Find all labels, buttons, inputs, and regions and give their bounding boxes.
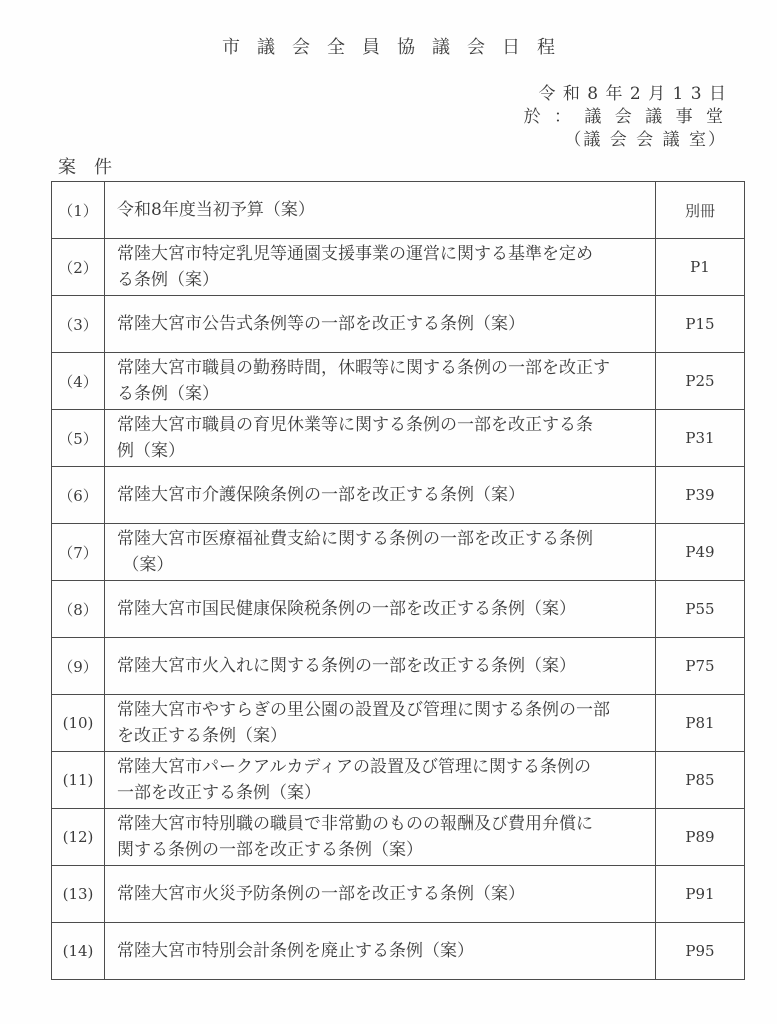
table-row: （4）常陸大宮市職員の勤務時間，休暇等に関する条例の一部を改正す る条例（案）P… xyxy=(52,353,745,410)
item-number: (10) xyxy=(52,695,105,752)
item-page-ref: P95 xyxy=(656,923,745,980)
item-page-ref: P1 xyxy=(656,239,745,296)
item-page-ref: P25 xyxy=(656,353,745,410)
item-title: 常陸大宮市医療福祉費支給に関する条例の一部を改正する条例 （案） xyxy=(105,524,656,581)
table-row: (10)常陸大宮市やすらぎの里公園の設置及び管理に関する条例の一部 を改正する条… xyxy=(52,695,745,752)
item-page-ref: P55 xyxy=(656,581,745,638)
item-title: 常陸大宮市職員の勤務時間，休暇等に関する条例の一部を改正す る条例（案） xyxy=(105,353,656,410)
room-line: （議 会 会 議 室） xyxy=(524,129,727,152)
item-page-ref: P15 xyxy=(656,296,745,353)
table-row: (14)常陸大宮市特別会計条例を廃止する条例（案）P95 xyxy=(52,923,745,980)
item-page-ref: P81 xyxy=(656,695,745,752)
item-number: （6） xyxy=(52,467,105,524)
table-row: （8）常陸大宮市国民健康保険税条例の一部を改正する条例（案）P55 xyxy=(52,581,745,638)
table-row: (13)常陸大宮市火災予防条例の一部を改正する条例（案）P91 xyxy=(52,866,745,923)
agenda-table: （1）令和8年度当初予算（案）別冊（2）常陸大宮市特定乳児等通園支援事業の運営に… xyxy=(51,181,745,980)
agenda-table-body: （1）令和8年度当初予算（案）別冊（2）常陸大宮市特定乳児等通園支援事業の運営に… xyxy=(52,182,745,980)
table-row: （7）常陸大宮市医療福祉費支給に関する条例の一部を改正する条例 （案）P49 xyxy=(52,524,745,581)
agenda-table-container: （1）令和8年度当初予算（案）別冊（2）常陸大宮市特定乳児等通園支援事業の運営に… xyxy=(51,181,745,980)
item-number: (14) xyxy=(52,923,105,980)
item-title: 常陸大宮市火入れに関する条例の一部を改正する条例（案） xyxy=(105,638,656,695)
table-row: （5）常陸大宮市職員の育児休業等に関する条例の一部を改正する条 例（案）P31 xyxy=(52,410,745,467)
item-number: （4） xyxy=(52,353,105,410)
item-title: 常陸大宮市特別会計条例を廃止する条例（案） xyxy=(105,923,656,980)
item-number: （3） xyxy=(52,296,105,353)
item-page-ref: P89 xyxy=(656,809,745,866)
item-page-ref: P49 xyxy=(656,524,745,581)
date-block: 令 和 8 年 2 月 1 3 日 於 ： 議 会 議 事 堂 （議 会 会 議… xyxy=(524,83,727,152)
item-title: 常陸大宮市やすらぎの里公園の設置及び管理に関する条例の一部 を改正する条例（案） xyxy=(105,695,656,752)
item-page-ref: P85 xyxy=(656,752,745,809)
item-number: (13) xyxy=(52,866,105,923)
table-row: （1）令和8年度当初予算（案）別冊 xyxy=(52,182,745,239)
venue-line: 於 ： 議 会 議 事 堂 xyxy=(524,106,727,129)
item-page-ref: P75 xyxy=(656,638,745,695)
item-page-ref: P91 xyxy=(656,866,745,923)
table-row: （3）常陸大宮市公告式条例等の一部を改正する条例（案）P15 xyxy=(52,296,745,353)
table-row: （2）常陸大宮市特定乳児等通園支援事業の運営に関する基準を定め る条例（案）P1 xyxy=(52,239,745,296)
item-title: 令和8年度当初予算（案） xyxy=(105,182,656,239)
table-row: (12)常陸大宮市特別職の職員で非常勤のものの報酬及び費用弁償に 関する条例の一… xyxy=(52,809,745,866)
item-number: （9） xyxy=(52,638,105,695)
item-title: 常陸大宮市特別職の職員で非常勤のものの報酬及び費用弁償に 関する条例の一部を改正… xyxy=(105,809,656,866)
item-number: （7） xyxy=(52,524,105,581)
item-title: 常陸大宮市介護保険条例の一部を改正する条例（案） xyxy=(105,467,656,524)
item-title: 常陸大宮市火災予防条例の一部を改正する条例（案） xyxy=(105,866,656,923)
item-title: 常陸大宮市国民健康保険税条例の一部を改正する条例（案） xyxy=(105,581,656,638)
item-page-ref: 別冊 xyxy=(656,182,745,239)
table-row: （6）常陸大宮市介護保険条例の一部を改正する条例（案）P39 xyxy=(52,467,745,524)
item-page-ref: P39 xyxy=(656,467,745,524)
item-number: （2） xyxy=(52,239,105,296)
item-title: 常陸大宮市パークアルカディアの設置及び管理に関する条例の 一部を改正する条例（案… xyxy=(105,752,656,809)
table-row: (11)常陸大宮市パークアルカディアの設置及び管理に関する条例の 一部を改正する… xyxy=(52,752,745,809)
item-number: （8） xyxy=(52,581,105,638)
item-number: (12) xyxy=(52,809,105,866)
item-number: (11) xyxy=(52,752,105,809)
table-row: （9）常陸大宮市火入れに関する条例の一部を改正する条例（案）P75 xyxy=(52,638,745,695)
item-title: 常陸大宮市職員の育児休業等に関する条例の一部を改正する条 例（案） xyxy=(105,410,656,467)
item-title: 常陸大宮市公告式条例等の一部を改正する条例（案） xyxy=(105,296,656,353)
page-title: 市議会全員協議会日程 xyxy=(0,33,777,59)
item-title: 常陸大宮市特定乳児等通園支援事業の運営に関する基準を定め る条例（案） xyxy=(105,239,656,296)
item-number: （5） xyxy=(52,410,105,467)
item-number: （1） xyxy=(52,182,105,239)
item-page-ref: P31 xyxy=(656,410,745,467)
section-label: 案 件 xyxy=(58,153,112,179)
date-line: 令 和 8 年 2 月 1 3 日 xyxy=(524,83,727,106)
